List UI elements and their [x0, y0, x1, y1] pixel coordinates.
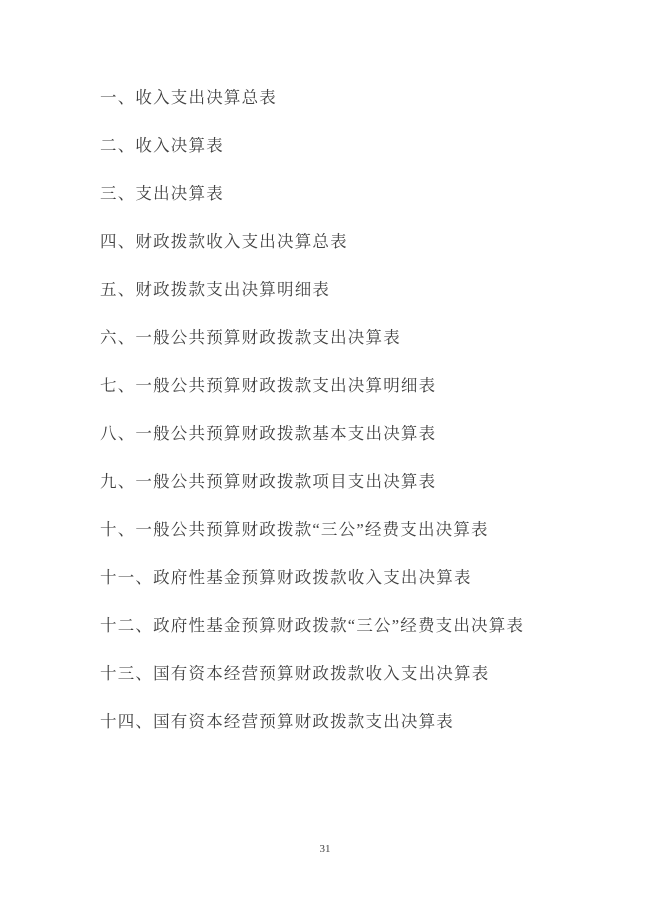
- toc-item: 十一、政府性基金预算财政拨款收入支出决算表: [100, 568, 590, 588]
- page-footer: 31: [0, 839, 650, 857]
- toc-item: 十三、国有资本经营预算财政拨款收入支出决算表: [100, 664, 590, 684]
- toc-item: 十二、政府性基金预算财政拨款“三公”经费支出决算表: [100, 616, 590, 636]
- toc-item: 二、收入决算表: [100, 136, 590, 156]
- toc-item: 四、财政拨款收入支出决算总表: [100, 232, 590, 252]
- toc-item: 三、支出决算表: [100, 184, 590, 204]
- table-of-contents: 一、收入支出决算总表 二、收入决算表 三、支出决算表 四、财政拨款收入支出决算总…: [100, 88, 590, 760]
- document-page: 一、收入支出决算总表 二、收入决算表 三、支出决算表 四、财政拨款收入支出决算总…: [0, 0, 650, 919]
- toc-item: 一、收入支出决算总表: [100, 88, 590, 108]
- toc-item: 十、一般公共预算财政拨款“三公”经费支出决算表: [100, 520, 590, 540]
- toc-item: 五、财政拨款支出决算明细表: [100, 280, 590, 300]
- page-number: 31: [320, 843, 331, 855]
- toc-item: 六、一般公共预算财政拨款支出决算表: [100, 328, 590, 348]
- toc-item: 七、一般公共预算财政拨款支出决算明细表: [100, 376, 590, 396]
- toc-item: 八、一般公共预算财政拨款基本支出决算表: [100, 424, 590, 444]
- toc-item: 九、一般公共预算财政拨款项目支出决算表: [100, 472, 590, 492]
- toc-item: 十四、国有资本经营预算财政拨款支出决算表: [100, 712, 590, 732]
